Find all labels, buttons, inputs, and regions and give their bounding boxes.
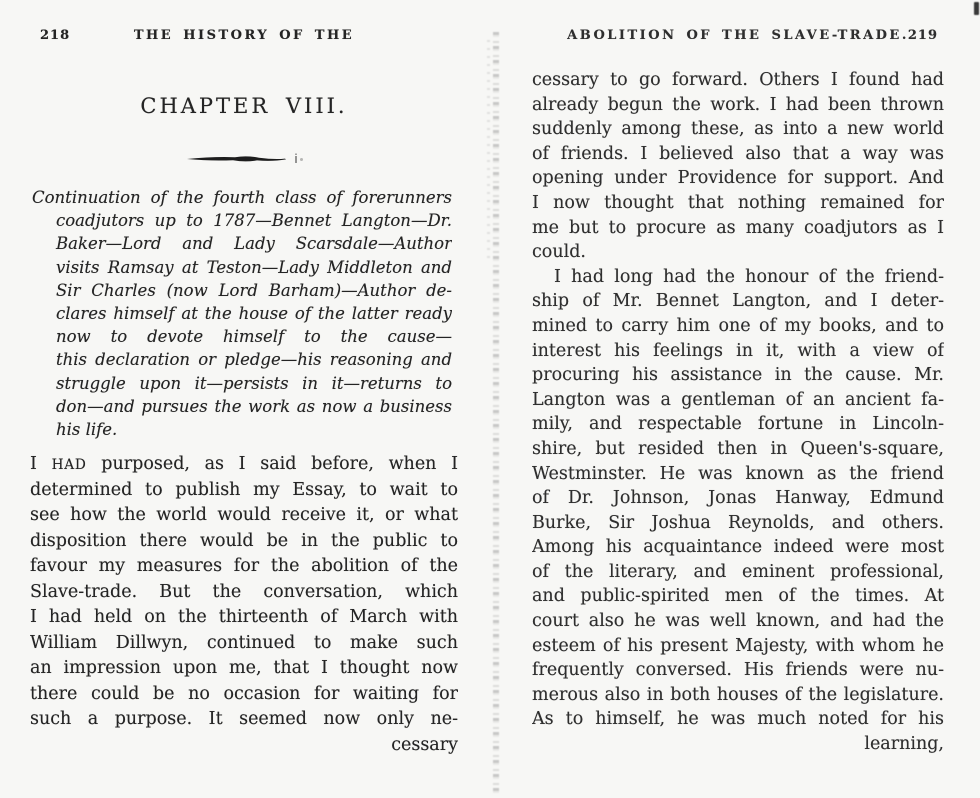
text-line: merous also in both houses of the legisl… — [532, 683, 944, 708]
text-line: ship of Mr. Bennet Langton, and I deter- — [532, 289, 944, 314]
text-line: see how the world would receive it, or w… — [30, 503, 458, 529]
running-header: THE HISTORY OF THE — [30, 28, 458, 43]
text-line: coadjutors up to 1787—Bennet Langton—Dr. — [30, 209, 452, 232]
scan-artifact-speck — [974, 2, 979, 15]
text-line: I now thought that nothing remained for — [532, 191, 944, 216]
text-line: court also he was well known, and had th… — [532, 609, 944, 634]
page-header-left: 218 THE HISTORY OF THE — [30, 28, 458, 48]
text-line: William Dillwyn, continued to make such — [30, 631, 458, 657]
page-right: ABOLITION OF THE SLAVE-TRADE. 219 cessar… — [532, 0, 944, 798]
text-line: Burke, Sir Joshua Reynolds, and others. — [532, 511, 944, 536]
text-line: I had held on the thirteenth of March wi… — [30, 605, 458, 631]
text-line: As to himself, he was much noted for his — [532, 707, 944, 732]
text-line: cessary to go forward. Others I found ha… — [532, 68, 944, 93]
catchword-left: cessary — [30, 733, 458, 759]
text-line: of friends. I believed also that a way w… — [532, 142, 944, 167]
text-line: already begun the work. I had been throw… — [532, 93, 944, 118]
text-line: interest his feelings in it, with a view… — [532, 339, 944, 364]
text-line: Baker—Lord and Lady Scarsdale—Author — [30, 232, 452, 255]
running-header: ABOLITION OF THE SLAVE-TRADE. — [532, 28, 944, 43]
text-line: shire, but resided then in Queen's-squar… — [532, 437, 944, 462]
text-line: mined to carry him one of my books, and … — [532, 314, 944, 339]
text-line: frequently conversed. His friends were n… — [532, 658, 944, 683]
text-line: disposition there would be in the public… — [30, 529, 458, 555]
body-text-right: cessary to go forward. Others I found ha… — [532, 68, 944, 757]
text-line: of the literary, and eminent professiona… — [532, 560, 944, 585]
text-line: determined to publish my Essay, to wait … — [30, 478, 458, 504]
text-line: don—and pursues the work as now a busine… — [30, 395, 452, 418]
book-scan-spread: 218 THE HISTORY OF THE CHAPTER VIII. Con… — [0, 0, 980, 798]
text-line: Slave-trade. But the conversation, which — [30, 580, 458, 606]
body-lines-right: cessary to go forward. Others I found ha… — [532, 68, 944, 732]
page-number: 219 — [908, 28, 938, 43]
text-line: an impression upon me, that I thought no… — [30, 656, 458, 682]
text-line: esteem of his present Majesty, with whom… — [532, 634, 944, 659]
chapter-heading: CHAPTER VIII. — [30, 94, 458, 118]
text-line: and public-spirited men of the times. At — [532, 584, 944, 609]
text-line: Westminster. He was known as the friend — [532, 462, 944, 487]
page-header-right: ABOLITION OF THE SLAVE-TRADE. 219 — [532, 28, 944, 48]
page-left: 218 THE HISTORY OF THE CHAPTER VIII. Con… — [30, 0, 458, 798]
text-line: this declaration or pledge—his reasoning… — [30, 348, 452, 371]
text-line: mily, and respectable fortune in Lincoln… — [532, 412, 944, 437]
chapter-divider-rule — [30, 148, 458, 167]
swelled-rule-ornament — [185, 153, 303, 165]
text-line-opening: I HAD purposed, as I said before, when I — [30, 452, 458, 478]
text-line: now to devote himself to the cause—recon… — [30, 325, 452, 348]
text-line: such a purpose. It seemed now only ne- — [30, 707, 458, 733]
catchword-right: learning, — [532, 732, 944, 757]
binding-gutter-smudge — [493, 32, 499, 796]
text-line: Continuation of the fourth class of fore… — [30, 186, 452, 209]
text-line: procuring his assistance in the cause. M… — [532, 363, 944, 388]
body-text-left: I HAD purposed, as I said before, when I… — [30, 452, 458, 758]
text-line: could. — [532, 240, 944, 265]
text-line: favour my measures for the abolition of … — [30, 554, 458, 580]
text-line: struggle upon it—persists in it—returns … — [30, 372, 452, 395]
text-line: visits Ramsay at Teston—Lady Middleton a… — [30, 256, 452, 279]
text-line: of Dr. Johnson, Jonas Hanway, Edmund — [532, 486, 944, 511]
text-line: Among his acquaintance indeed were most — [532, 535, 944, 560]
text-line: clares himself at the house of the latte… — [30, 302, 452, 325]
opening-rest: purposed, as I said before, when I — [87, 454, 458, 474]
text-line: me but to procure as many coadjutors as … — [532, 216, 944, 241]
text-line: there could be no occasion for waiting f… — [30, 682, 458, 708]
text-line: I had long had the honour of the friend- — [532, 265, 944, 290]
opening-smallcaps: HAD — [52, 457, 87, 473]
text-line: his life. — [30, 418, 452, 441]
body-lines-left: determined to publish my Essay, to wait … — [30, 478, 458, 733]
binding-gutter-smudge-faint — [487, 40, 490, 260]
opening-initial: I — [30, 454, 52, 474]
chapter-summary: Continuation of the fourth class of fore… — [30, 186, 452, 441]
text-line: suddenly among these, as into a new worl… — [532, 117, 944, 142]
text-line: Langton was a gentleman of an ancient fa… — [532, 388, 944, 413]
text-line: opening under Providence for support. An… — [532, 166, 944, 191]
text-line: Sir Charles (now Lord Barham)—Author de- — [30, 279, 452, 302]
